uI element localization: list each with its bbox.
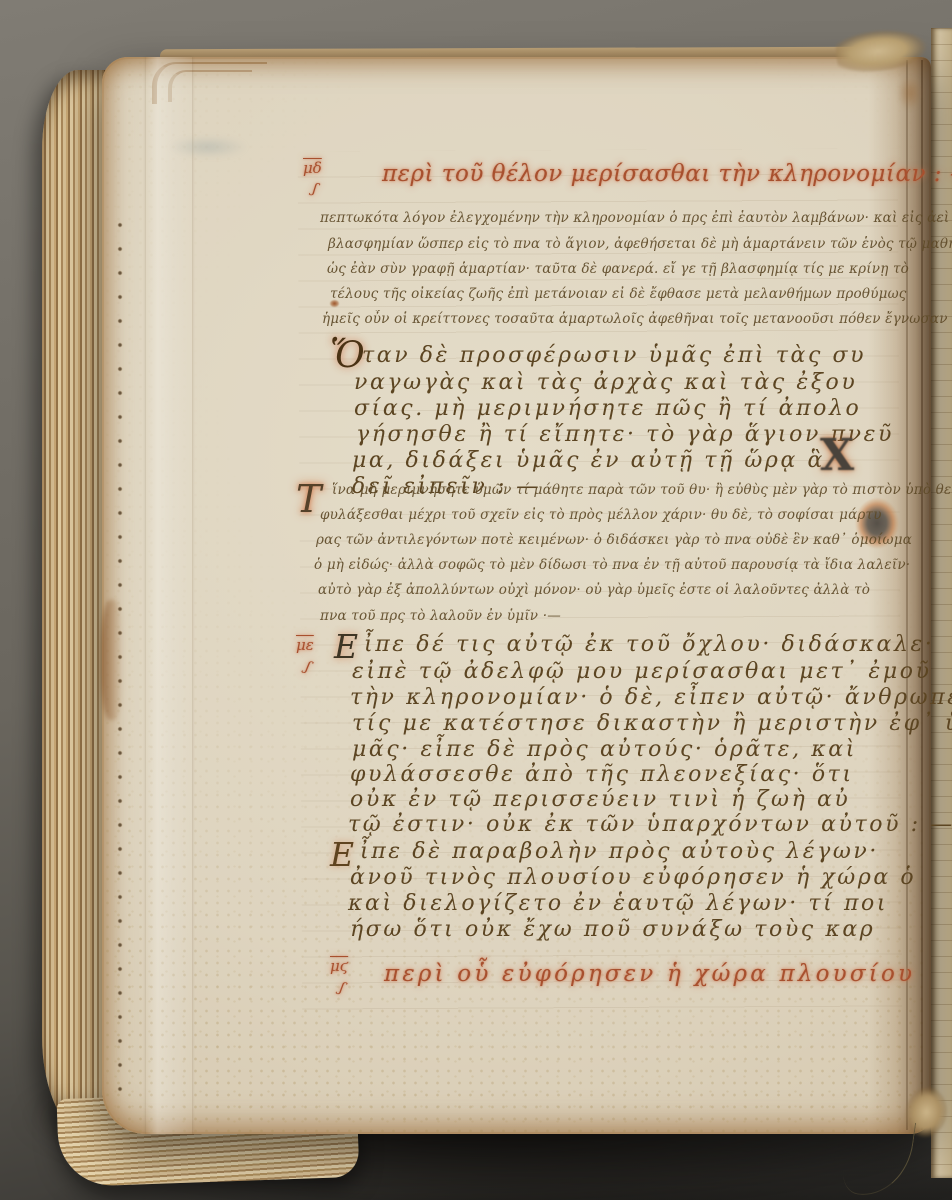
gospel2-line: καὶ διελογίζετο ἐν ἑαυτῷ λέγων· τί ποι [348,893,888,915]
gospel1-initial: Ὅ [330,338,365,374]
gospel1-line: ναγωγὰς καὶ τὰς ἀρχὰς καὶ τὰς ἐξου [354,372,857,394]
chi-stain-mark: Χ [820,430,854,481]
commentary2-line: ρας τῶν ἀντιλεγόντων ποτὲ κειμένων· ὁ δι… [316,534,912,548]
chapter-number-middle: με [296,638,314,653]
chapter-number-top: μδ [303,161,322,176]
gospel2-line: ἶπε δέ τις αὐτῷ ἐκ τοῦ ὄχλου· διδάσκαλε· [364,634,935,656]
commentary2-line: ὁ μὴ εἰδώς· ἀλλὰ σοφῶς τὸ μὲν δίδωσι τὸ … [314,559,910,573]
chapter-number-bottom: μϛ [330,959,348,974]
commentary1-line: βλασφημίαν ὥσπερ εἰς τὸ πνα τὸ ἅγιον, ἀφ… [328,238,952,252]
rubric-heading-top: περὶ τοῦ θέλον μερίσασθαι τὴν κληρονομία… [382,163,952,186]
gospel2-line: τίς με κατέστησε δικαστὴν ἢ μεριστὴν ἐφ᾽… [352,713,952,735]
fore-edge-page-stack [42,70,110,1136]
gospel2-line: ἶπε δὲ παραβολὴν πρὸς αὐτοὺς λέγων· [360,841,879,863]
commentary2-line: ἵνα μὴ μεριμνήσητε ὑμῶν τί μάθητε παρὰ τ… [332,484,952,498]
gospel2-line: εἰπὲ τῷ ἀδελφῷ μου μερίσασθαι μετ᾽ ἐμοῦ [352,661,932,683]
corner-stain [893,70,927,116]
gospel1-line: μα, διδάξει ὑμᾶς ἐν αὐτῇ τῇ ὥρᾳ ἃ [352,450,825,472]
gospel2-line: οὐκ ἐν τῷ περισσεύειν τινὶ ἡ ζωὴ αὐ [350,789,850,811]
commentary1-line: ὡς ἐὰν σὺν γραφῇ ἁμαρτίαν· ταῦτα δὲ φανε… [327,263,909,277]
commentary2-line: πνα τοῦ πρς τὸ λαλοῦν ἐν ὑμῖν ·— [320,610,561,624]
gospel2-line: μᾶς· εἶπε δὲ πρὸς αὐτούς· ὁρᾶτε, καὶ [352,739,857,761]
commentary2-initial: Τ [296,480,321,518]
gospel1-line: ταν δὲ προσφέρωσιν ὑμᾶς ἐπὶ τὰς συ [362,345,866,367]
manuscript-photo: μδ ʃ περὶ τοῦ θέλον μερίσασθαι τὴν κληρο… [0,0,952,1200]
gospel1-line: γήσησθε ἢ τί εἴπητε· τὸ γὰρ ἅγιον πνεῦ [356,424,894,446]
left-edge-stain [101,600,123,720]
commentary2-line: φυλάξεσθαι μέχρι τοῦ σχεῖν εἰς τὸ πρὸς μ… [320,509,882,523]
rubric-heading-bottom: περὶ οὗ εὐφόρησεν ἡ χώρα πλουσίου [384,963,915,986]
gospel1-line: σίας. μὴ μεριμνήσητε πῶς ἢ τί ἀπολο [354,398,861,420]
gospel2-line: φυλάσσεσθε ἀπὸ τῆς πλεονεξίας· ὅτι [350,764,854,786]
commentary2-line: αὐτὸ γὰρ ἐξ ἀπολλύντων οὐχὶ μόνον· οὐ γὰ… [318,584,870,598]
gospel2-line: τῷ ἐστιν· οὐκ ἐκ τῶν ὑπαρχόντων αὐτοῦ : … [348,814,952,836]
translucent-guard-strip [146,57,192,1134]
faint-smudge [168,136,248,158]
gospel2-line: τὴν κληρονομίαν· ὁ δὲ, εἶπεν αὐτῷ· ἄνθρω… [350,687,952,709]
facing-page-sliver [931,28,952,1178]
commentary1-line: ἡμεῖς οὖν οἱ κρείττονες τοσαῦτα ἁμαρτωλο… [322,313,952,327]
gospel2-line: ήσω ὅτι οὐκ ἔχω ποῦ συνάξω τοὺς καρ [350,919,875,941]
commentary1-line: τέλους τῆς οἰκείας ζωῆς ἐπὶ μετάνοιαν εἰ… [330,288,907,302]
gospel2-line: ἀνοῦ τινὸς πλουσίου εὐφόρησεν ἡ χώρα ὁ [350,867,916,889]
commentary1-line: πεπτωκότα λόγον ἐλεγχομένην τὴν κληρονομ… [320,212,949,226]
